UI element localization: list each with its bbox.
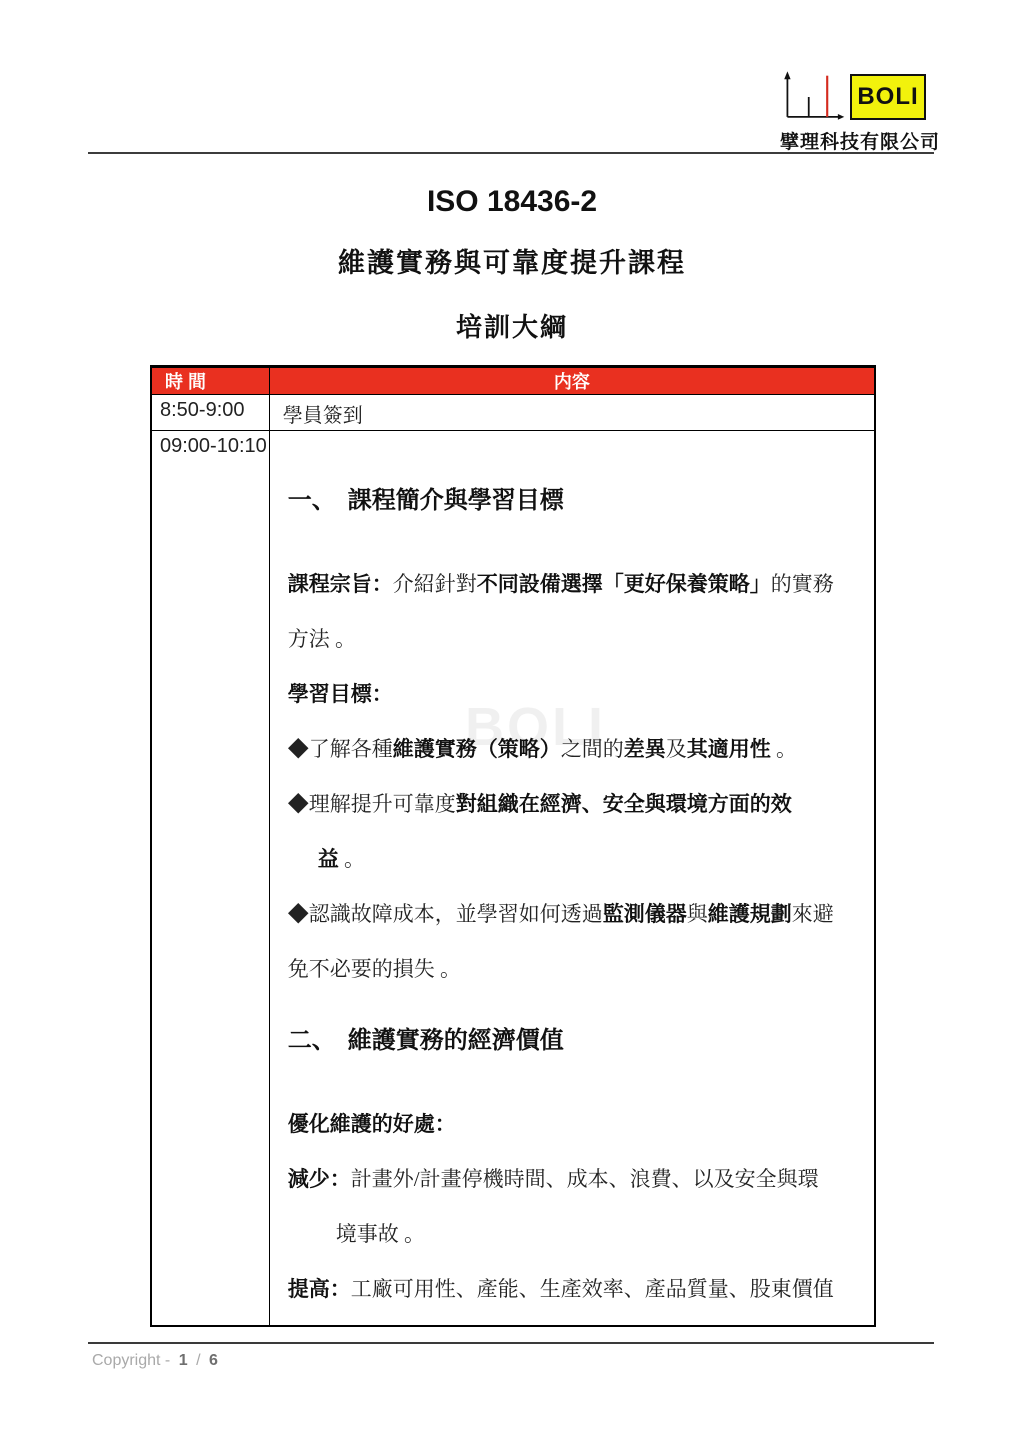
content-line: 方法 。 xyxy=(288,612,860,667)
content-line: ◆了解各種維護實務（策略）之間的差異及其適用性 。 xyxy=(288,722,860,777)
content-cell-lines: 一、 課程簡介與學習目標課程宗旨：介紹針對不同設備選擇「更好保養策略」的實務方法… xyxy=(288,471,860,1317)
content-line: ◆理解提升可靠度對組織在經濟、安全與環境方面的效 xyxy=(288,777,860,832)
document-titles: ISO 18436-2 維護實務與可靠度提升課程 培訓大綱 xyxy=(0,185,1024,344)
content-line: 優化維護的好處： xyxy=(288,1097,860,1152)
logo-brand-box: BOLI xyxy=(850,74,926,120)
logo-brand-text: BOLI xyxy=(857,83,918,111)
title-iso: ISO 18436-2 xyxy=(0,185,1024,219)
signin-label: 學員簽到 xyxy=(269,395,875,431)
page-total: 6 xyxy=(205,1352,222,1369)
content-line: ◆認識故障成本，並學習如何透過監測儀器與維護規劃來避 xyxy=(288,887,860,942)
section-heading: 二、 維護實務的經濟價值 xyxy=(288,1011,860,1071)
bar-chart-axes-icon xyxy=(780,70,846,124)
page-separator: / xyxy=(196,1352,200,1369)
table-header-row: 時 間 内容 xyxy=(151,367,875,395)
content-cell: 一、 課程簡介與學習目標課程宗旨：介紹針對不同設備選擇「更好保養策略」的實務方法… xyxy=(269,431,875,1327)
title-course: 維護實務與可靠度提升課程 xyxy=(0,241,1024,280)
title-outline: 培訓大綱 xyxy=(0,307,1024,344)
time-value: 8:50-9:00 xyxy=(151,395,269,431)
footer-divider xyxy=(88,1342,934,1344)
content-line: 益 。 xyxy=(288,832,860,887)
header-time: 時 間 xyxy=(151,367,269,395)
copyright-label: Copyright - xyxy=(92,1352,170,1369)
content-line: 減少：計畫外/計畫停機時間、成本、浪費、以及安全與環 xyxy=(288,1152,860,1207)
header-divider xyxy=(88,152,934,154)
table-row: 09:00-10:10 一、 課程簡介與學習目標課程宗旨：介紹針對不同設備選擇「… xyxy=(151,431,875,1327)
company-name: 擘理科技有限公司 xyxy=(780,127,936,154)
header-content: 内容 xyxy=(269,367,875,395)
table-row: 8:50-9:00 學員簽到 xyxy=(151,395,875,431)
schedule-table: 時 間 内容 8:50-9:00 學員簽到 09:00-10:10 一、 課程簡… xyxy=(150,365,876,1327)
footer: Copyright - 1 / 6 xyxy=(92,1352,222,1370)
logo: BOLI 擘理科技有限公司 xyxy=(780,70,936,154)
content-line: 課程宗旨：介紹針對不同設備選擇「更好保養策略」的實務 xyxy=(288,557,860,612)
content-line: 免不必要的損失 。 xyxy=(288,942,860,997)
section-heading: 一、 課程簡介與學習目標 xyxy=(288,471,860,531)
document-page: BOLI 擘理科技有限公司 ISO 18436-2 維護實務與可靠度提升課程 培… xyxy=(0,0,1024,1448)
time-value: 09:00-10:10 xyxy=(151,431,269,1327)
content-line: 境事故 。 xyxy=(288,1207,860,1262)
page-number: 1 xyxy=(175,1352,192,1369)
content-line: 提高：工廠可用性、產能、生產效率、產品質量、股東價值 xyxy=(288,1262,860,1317)
content-line: 學習目標： xyxy=(288,667,860,722)
